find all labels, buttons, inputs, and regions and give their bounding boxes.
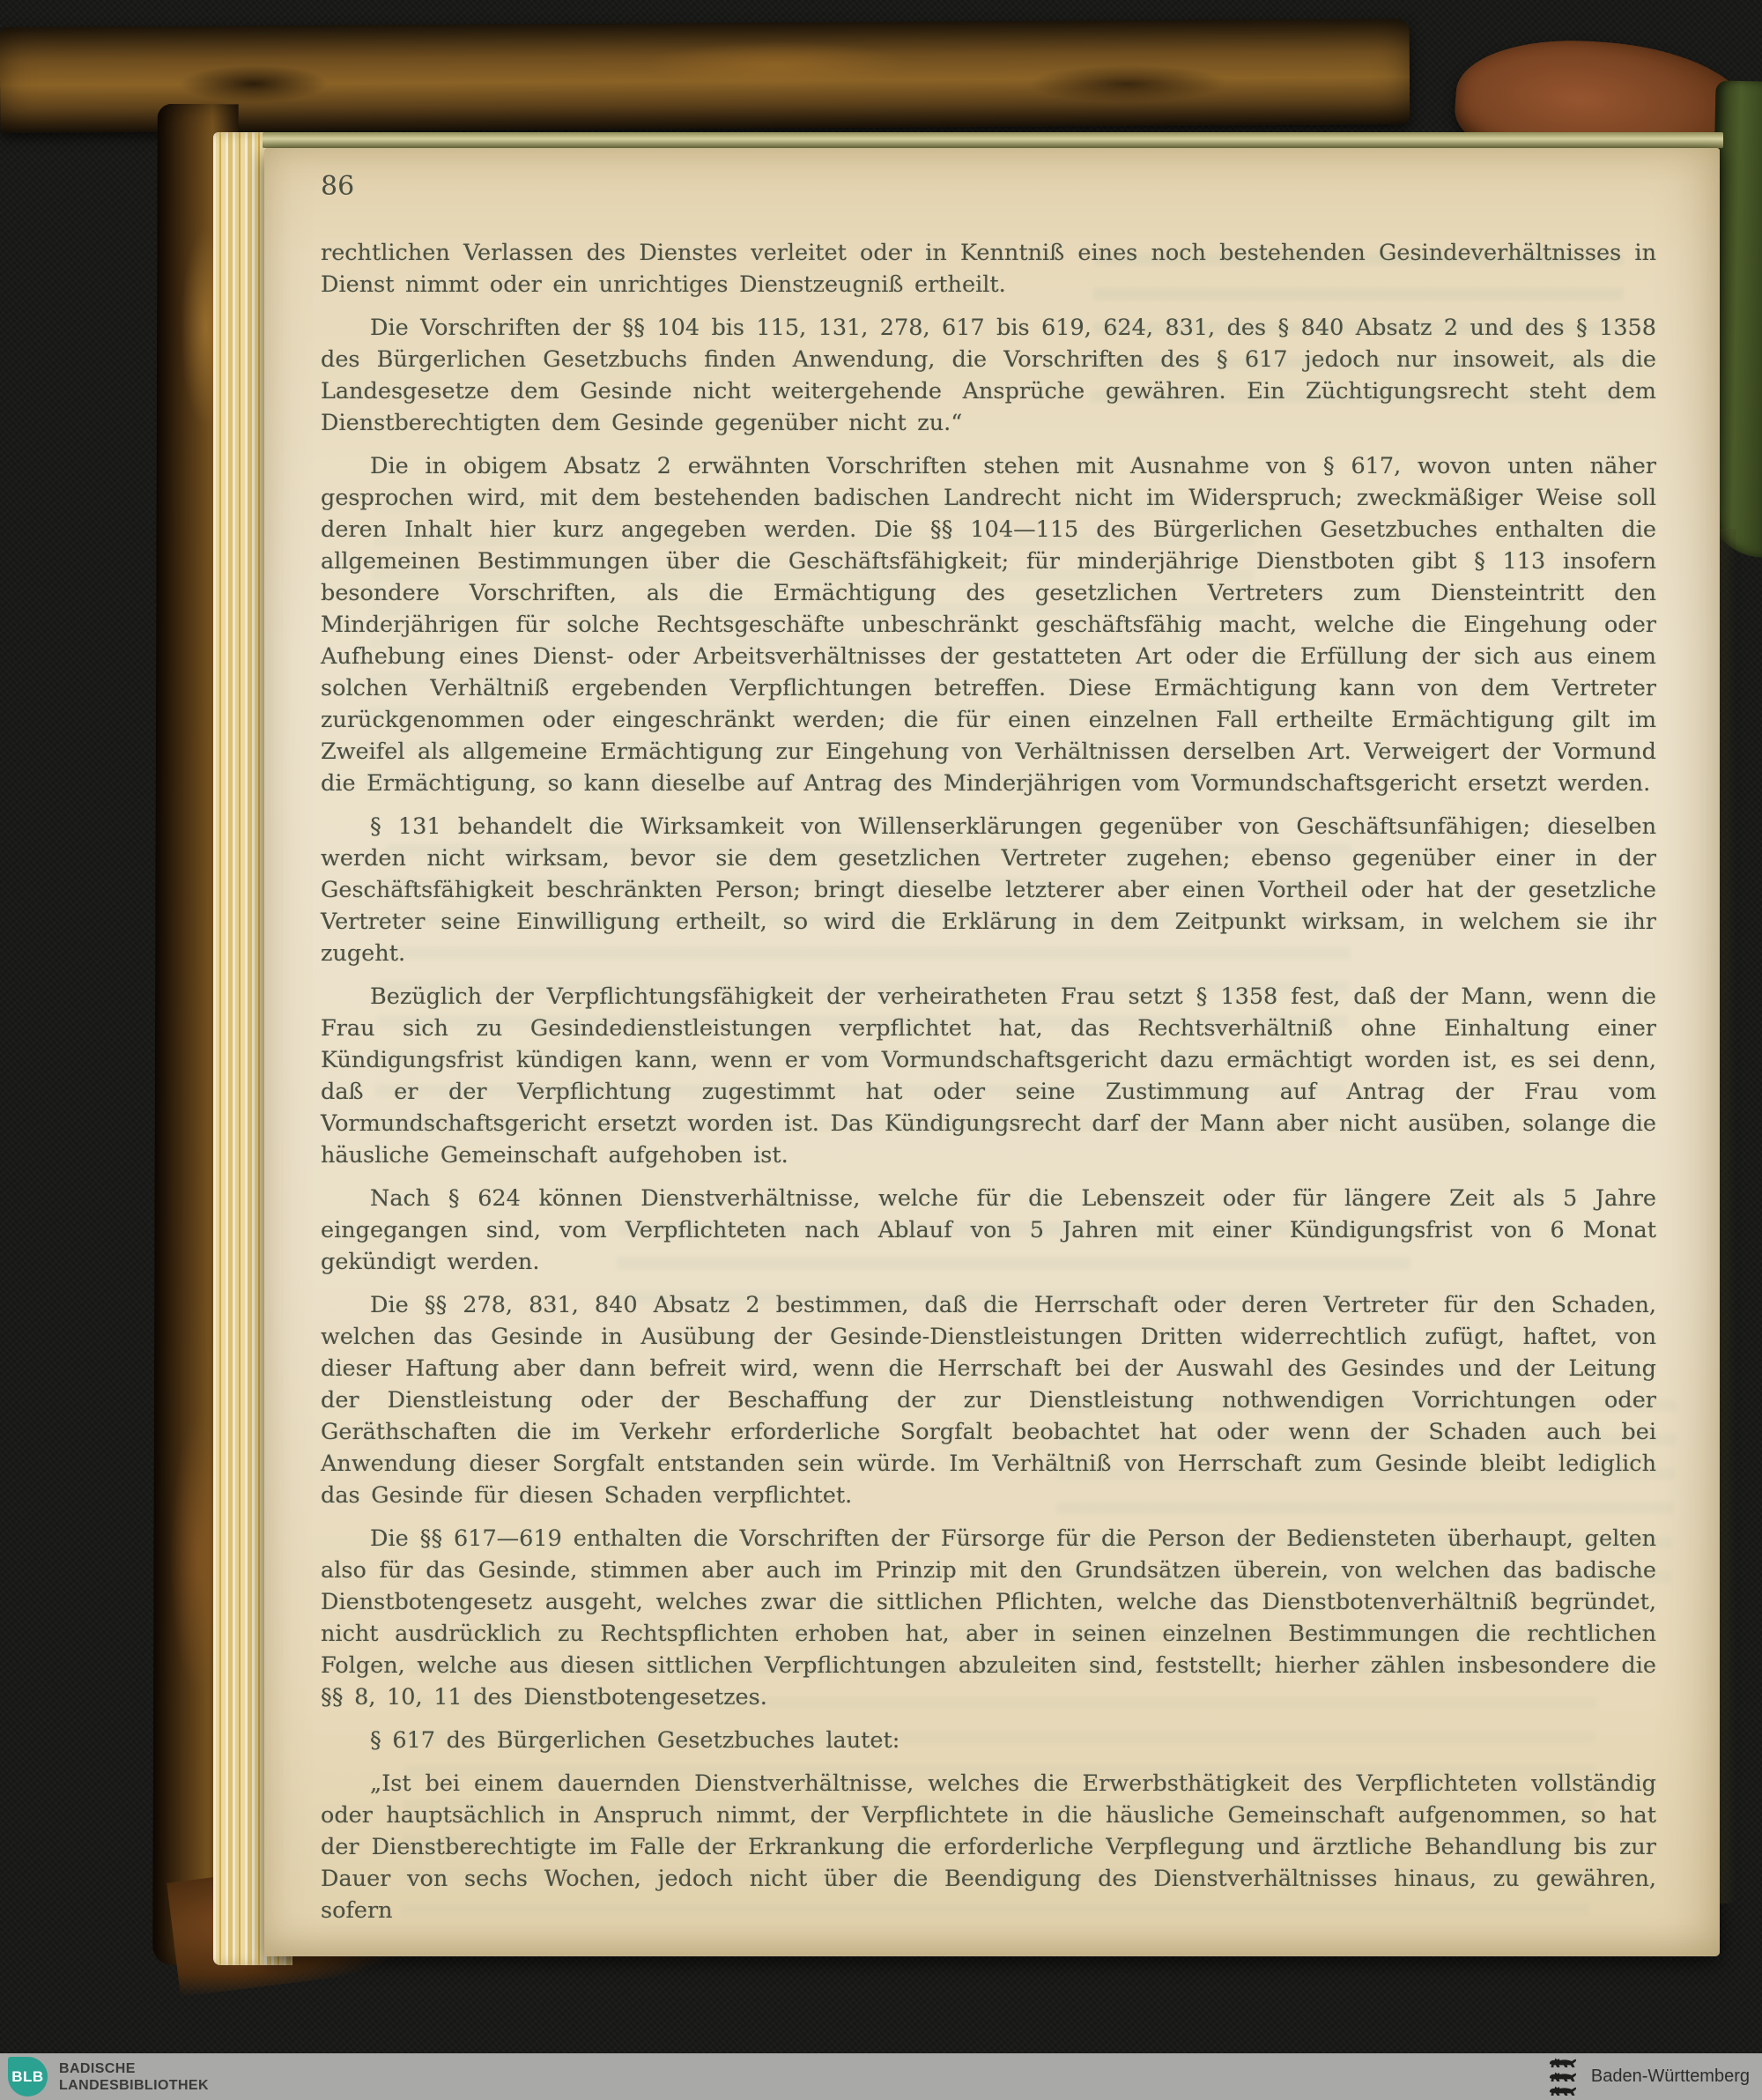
book-page: 86 rechtlichen Verlassen des Dienstes ve…	[264, 148, 1720, 1956]
library-branding: BLB BADISCHE LANDESBIBLIOTHEK	[8, 2057, 209, 2096]
baden-wuerttemberg-coat-of-arms-icon	[1547, 2055, 1579, 2099]
state-name-label: Baden-Württemberg	[1591, 2067, 1750, 2087]
scan-background: 86 rechtlichen Verlassen des Dienstes ve…	[0, 0, 1762, 2100]
library-name-line1: BADISCHE	[59, 2060, 209, 2077]
book-gutter-right	[1718, 529, 1736, 1903]
blb-logo: BLB	[8, 2057, 48, 2096]
library-footer-bar: BLB BADISCHE LANDESBIBLIOTHEK Baden-Würt…	[0, 2053, 1762, 2100]
library-name-line2: LANDESBIBLIOTHEK	[59, 2077, 209, 2094]
paragraph: Die §§ 278, 831, 840 Absatz 2 bestimmen,…	[321, 1289, 1656, 1511]
blb-logo-text: BLB	[11, 2068, 43, 2086]
paragraph: Bezüglich der Verpflichtungsfähigkeit de…	[321, 981, 1656, 1171]
page-text-block: 86 rechtlichen Verlassen des Dienstes ve…	[321, 171, 1656, 1926]
paragraph: „Ist bei einem dauernden Dienstverhältni…	[321, 1768, 1656, 1926]
paragraph: Die Vorschriften der §§ 104 bis 115, 131…	[321, 312, 1656, 439]
paragraph: Die §§ 617—619 enthalten die Vorschrifte…	[321, 1523, 1656, 1713]
paragraph: § 617 des Bürgerlichen Gesetzbuches laut…	[321, 1725, 1656, 1756]
page-top-gilt-edge	[263, 132, 1723, 148]
library-name: BADISCHE LANDESBIBLIOTHEK	[59, 2060, 209, 2094]
paragraph: Die in obigem Absatz 2 erwähnten Vorschr…	[321, 450, 1656, 799]
state-branding: Baden-Württemberg	[1547, 2053, 1750, 2100]
paragraph: rechtlichen Verlassen des Dienstes verle…	[321, 237, 1656, 301]
page-number: 86	[321, 171, 1656, 202]
paragraph: § 131 behandelt die Wirksamkeit von Will…	[321, 811, 1656, 969]
paragraph: Nach § 624 können Dienstverhältnisse, we…	[321, 1183, 1656, 1278]
